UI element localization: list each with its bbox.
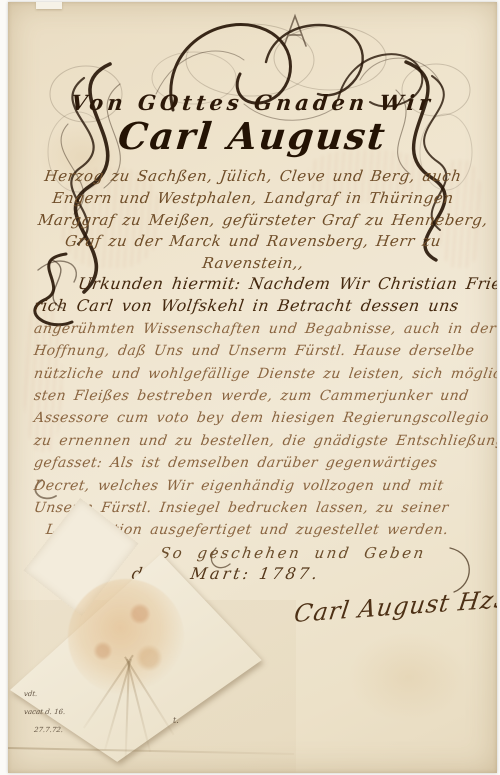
annotation-line: vdt. bbox=[23, 685, 95, 703]
seal-pen-mark: t. bbox=[173, 716, 179, 725]
ducal-name: Carl August bbox=[8, 114, 497, 158]
title-line: Graf zu der Marck und Ravensberg, Herr z… bbox=[36, 231, 469, 253]
body-line: Urkunden hiermit: Nachdem Wir Christian … bbox=[32, 273, 487, 295]
document-sheet: Von GOttes Gnaden Wir Carl August Herzog… bbox=[8, 2, 497, 773]
marginal-annotations: vdt. vacat d. 16. 27.7.72. bbox=[19, 685, 95, 739]
title-line: Herzog zu Sachßen, Jülich, Cleve und Ber… bbox=[36, 166, 469, 188]
body-line: Decret, welches Wir eigenhändig vollzoge… bbox=[32, 475, 487, 497]
body-line: angerühmten Wissenschaften und Begabniss… bbox=[32, 318, 487, 340]
photo-backdrop: Von GOttes Gnaden Wir Carl August Herzog… bbox=[0, 0, 500, 775]
titles-block: Herzog zu Sachßen, Jülich, Cleve und Ber… bbox=[38, 166, 468, 275]
mounting-tab bbox=[36, 2, 62, 9]
annotation-line: 27.7.72. bbox=[19, 721, 91, 739]
invocation-line: Von GOttes Gnaden Wir bbox=[8, 90, 497, 115]
annotation-line: vacat d. 16. bbox=[21, 703, 93, 721]
title-line: Marggraf zu Meißen, gefürsteter Graf zu … bbox=[36, 210, 469, 232]
body-line: sten Fleißes bestreben werde, zum Cammer… bbox=[32, 385, 487, 407]
body-line: nützliche und wohlgefällige Dienste zu l… bbox=[32, 363, 487, 385]
body-text: Urkunden hiermit: Nachdem Wir Christian … bbox=[34, 273, 486, 542]
paper-stain bbox=[348, 632, 468, 722]
body-line: zu ernennen und zu bestellen, die gnädig… bbox=[32, 430, 487, 452]
body-line: rich Carl von Wolfskehl in Betracht dess… bbox=[32, 295, 487, 317]
title-line: Engern und Westphalen, Landgraf in Thüri… bbox=[36, 188, 469, 210]
title-line: Ravenstein,, bbox=[36, 253, 469, 275]
body-line: gefasset: Als ist demselben darüber gege… bbox=[32, 452, 487, 474]
ducal-signature: Carl August HzS. bbox=[292, 584, 497, 628]
body-line: Hoffnung, daß Uns und Unserm Fürstl. Hau… bbox=[32, 340, 487, 362]
body-line: Assessore cum voto bey dem hiesigen Regi… bbox=[32, 407, 487, 429]
